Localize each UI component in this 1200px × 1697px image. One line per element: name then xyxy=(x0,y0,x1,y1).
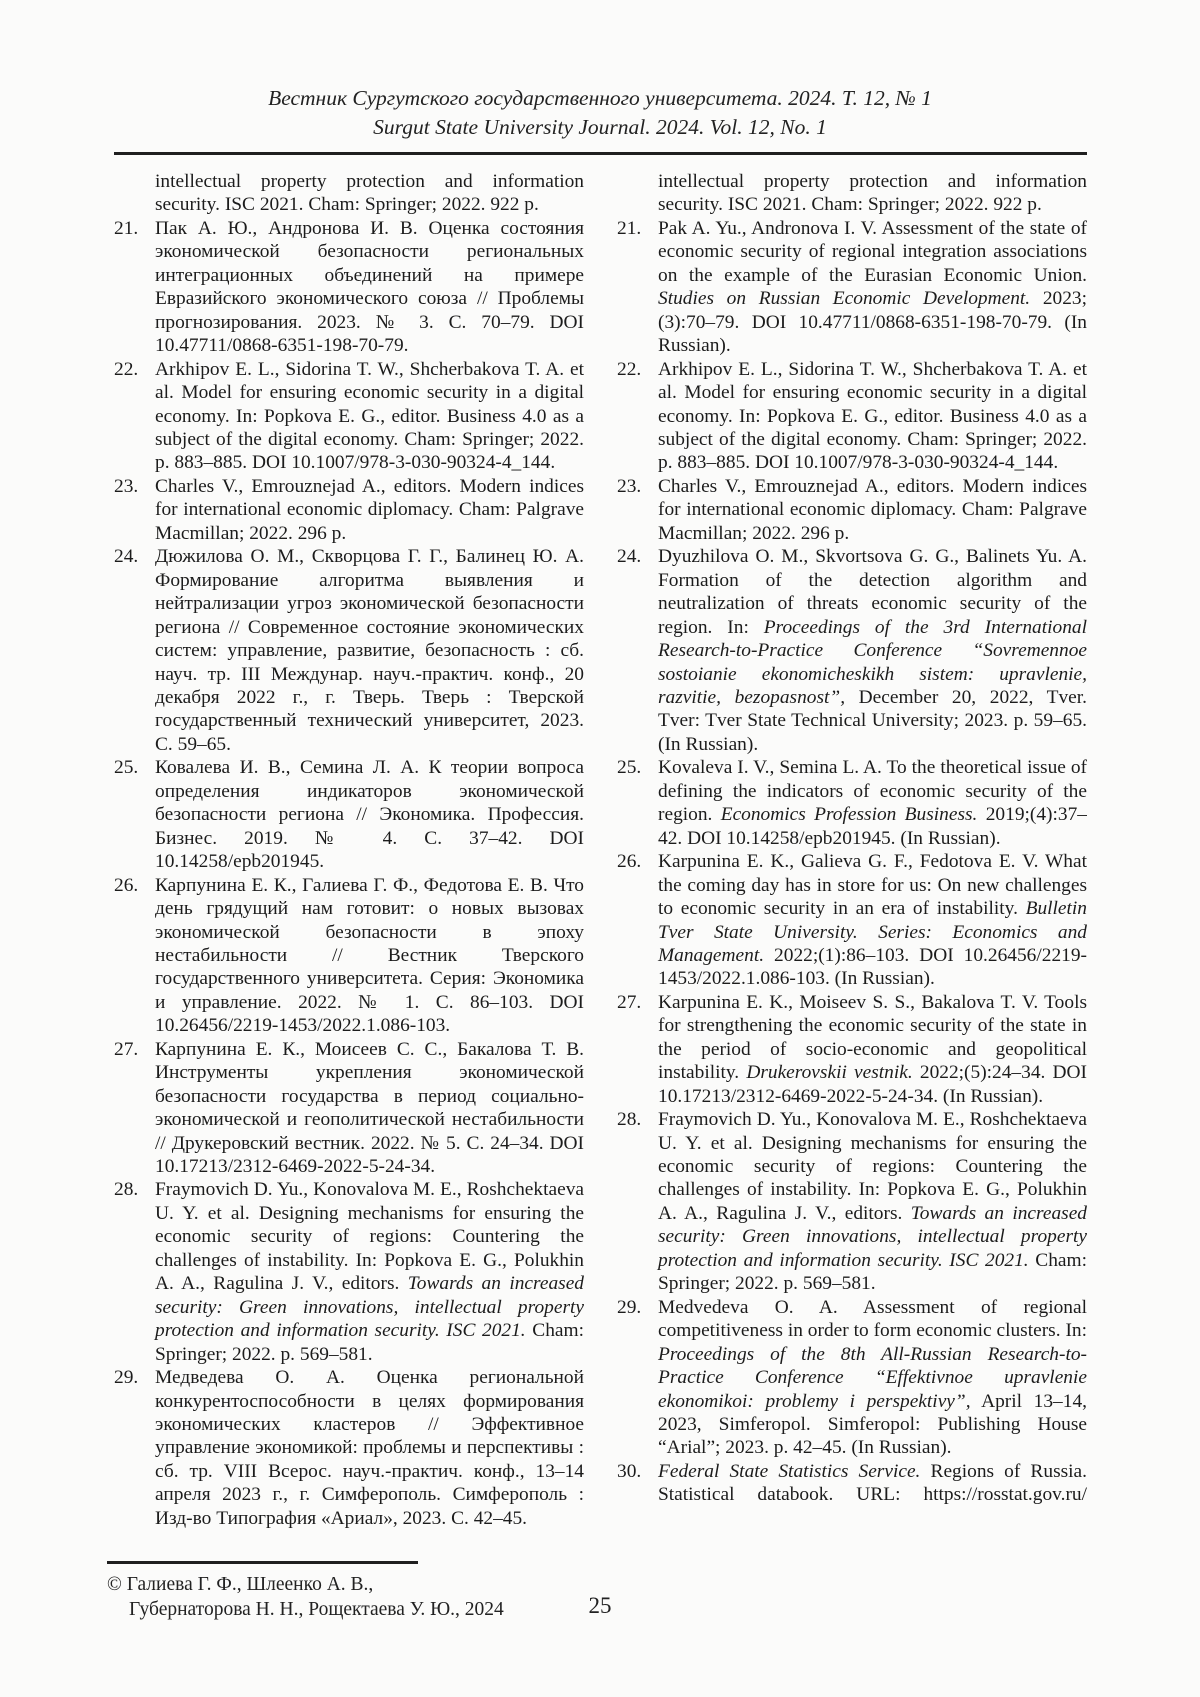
reference-item: 24.Дюжилова О. М., Скворцова Г. Г., Бали… xyxy=(114,545,584,756)
reference-text: Federal State Statistics Service. Region… xyxy=(658,1460,1087,1507)
reference-number: 22. xyxy=(617,358,658,475)
reference-text: Kovaleva I. V., Semina L. A. To the theo… xyxy=(658,756,1087,850)
reference-text: Arkhipov E. L., Sidorina T. W., Shcherba… xyxy=(658,358,1087,475)
reference-item: 23.Charles V., Emrouznejad A., editors. … xyxy=(114,475,584,545)
references-column-left: intellectual property protection and inf… xyxy=(114,170,584,1532)
footnote-rule xyxy=(107,1561,418,1564)
reference-item: 21.Пак А. Ю., Андронова И. В. Оценка сос… xyxy=(114,217,584,358)
reference-number: 26. xyxy=(617,850,658,991)
reference-text-segment: Дюжилова О. М., Скворцова Г. Г., Балинец… xyxy=(155,546,584,755)
reference-number: 24. xyxy=(114,545,155,756)
reference-text-segment: Pak A. Yu., Andronova I. V. Assessment o… xyxy=(658,218,1087,286)
reference-text: Pak A. Yu., Andronova I. V. Assessment o… xyxy=(658,217,1087,358)
reference-text: Arkhipov E. L., Sidorina T. W., Shcherba… xyxy=(155,358,584,475)
reference-text-segment: Регионы России. Социально-экономические … xyxy=(155,1531,584,1532)
reference-text-segment: Ковалева И. В., Семина Л. А. К теории во… xyxy=(155,757,584,872)
reference-source-italic: Economics Profession Business. xyxy=(721,804,978,825)
reference-item: 26.Карпунина Е. К., Галиева Г. Ф., Федот… xyxy=(114,874,584,1038)
page-number: 25 xyxy=(0,1593,1200,1619)
reference-number xyxy=(617,170,658,217)
reference-number: 30. xyxy=(114,1530,155,1532)
reference-text-segment: Медведева О. А. Оценка региональной конк… xyxy=(155,1367,584,1529)
reference-item: 29.Медведева О. А. Оценка региональной к… xyxy=(114,1366,584,1530)
reference-number: 30. xyxy=(617,1460,658,1507)
reference-number: 23. xyxy=(114,475,155,545)
reference-text: Карпунина Е. К., Галиева Г. Ф., Федотова… xyxy=(155,874,584,1038)
reference-number: 28. xyxy=(617,1108,658,1296)
reference-item: 30.Federal State Statistics Service. Reg… xyxy=(617,1460,1087,1507)
reference-text: Dyuzhilova O. M., Skvortsova G. G., Bali… xyxy=(658,545,1087,756)
reference-item: 23.Charles V., Emrouznejad A., editors. … xyxy=(617,475,1087,545)
reference-number: 21. xyxy=(617,217,658,358)
reference-item: 28.Fraymovich D. Yu., Konovalova M. E., … xyxy=(114,1178,584,1366)
reference-text-segment: Карпунина Е. К., Галиева Г. Ф., Федотова… xyxy=(155,875,584,1037)
reference-text-segment: Medvedeva O. A. Assessment of regional c… xyxy=(658,1297,1087,1341)
reference-text: Ковалева И. В., Семина Л. А. К теории во… xyxy=(155,756,584,873)
reference-text-segment: Karpunina E. K., Galieva G. F., Fedotova… xyxy=(658,851,1087,919)
reference-number: 29. xyxy=(114,1366,155,1530)
references-section: intellectual property protection and inf… xyxy=(114,170,1087,1532)
reference-text-segment: intellectual property protection and inf… xyxy=(658,171,1087,215)
reference-text: Fraymovich D. Yu., Konovalova M. E., Ros… xyxy=(155,1178,584,1366)
reference-number: 27. xyxy=(617,991,658,1108)
reference-number: 21. xyxy=(114,217,155,358)
reference-source-italic: Studies on Russian Economic Development. xyxy=(658,288,1030,309)
reference-text: Charles V., Emrouznejad A., editors. Mod… xyxy=(155,475,584,545)
references-column-right: intellectual property protection and inf… xyxy=(617,170,1087,1532)
reference-item: 28.Fraymovich D. Yu., Konovalova M. E., … xyxy=(617,1108,1087,1296)
reference-text: Karpunina E. K., Moiseev S. S., Bakalova… xyxy=(658,991,1087,1108)
reference-number: 29. xyxy=(617,1296,658,1460)
reference-text: Регионы России. Социально-экономические … xyxy=(155,1530,584,1532)
reference-text: intellectual property protection and inf… xyxy=(155,170,584,217)
reference-number xyxy=(114,170,155,217)
reference-item: 26.Karpunina E. K., Galieva G. F., Fedot… xyxy=(617,850,1087,991)
reference-item: 21.Pak A. Yu., Andronova I. V. Assessmen… xyxy=(617,217,1087,358)
reference-text: Karpunina E. K., Galieva G. F., Fedotova… xyxy=(658,850,1087,991)
reference-number: 25. xyxy=(617,756,658,850)
reference-number: 26. xyxy=(114,874,155,1038)
reference-text-segment: Arkhipov E. L., Sidorina T. W., Shcherba… xyxy=(658,359,1087,474)
reference-number: 23. xyxy=(617,475,658,545)
reference-item: 30.Регионы России. Социально-экономическ… xyxy=(114,1530,584,1532)
reference-number: 28. xyxy=(114,1178,155,1366)
reference-number: 27. xyxy=(114,1038,155,1179)
reference-text-segment: intellectual property protection and inf… xyxy=(155,171,584,215)
reference-item: 22.Arkhipov E. L., Sidorina T. W., Shche… xyxy=(114,358,584,475)
reference-text: Charles V., Emrouznejad A., editors. Mod… xyxy=(658,475,1087,545)
reference-number: 25. xyxy=(114,756,155,873)
reference-text: Fraymovich D. Yu., Konovalova M. E., Ros… xyxy=(658,1108,1087,1296)
reference-item: 24.Dyuzhilova O. M., Skvortsova G. G., B… xyxy=(617,545,1087,756)
reference-text: Медведева О. А. Оценка региональной конк… xyxy=(155,1366,584,1530)
header-rule xyxy=(114,152,1087,155)
reference-text-segment: Charles V., Emrouznejad A., editors. Mod… xyxy=(658,476,1087,544)
reference-item: 22.Arkhipov E. L., Sidorina T. W., Shche… xyxy=(617,358,1087,475)
reference-item: 25.Ковалева И. В., Семина Л. А. К теории… xyxy=(114,756,584,873)
reference-text: Пак А. Ю., Андронова И. В. Оценка состоя… xyxy=(155,217,584,358)
reference-source-italic: Federal State Statistics Service. xyxy=(658,1461,920,1482)
reference-number: 24. xyxy=(617,545,658,756)
reference-item: 27.Карпунина Е. К., Моисеев С. С., Бакал… xyxy=(114,1038,584,1179)
reference-text-segment: Пак А. Ю., Андронова И. В. Оценка состоя… xyxy=(155,218,584,356)
reference-number: 22. xyxy=(114,358,155,475)
reference-item: 27.Karpunina E. K., Moiseev S. S., Bakal… xyxy=(617,991,1087,1108)
reference-item: 29.Medvedeva O. A. Assessment of regiona… xyxy=(617,1296,1087,1460)
reference-item: 25.Kovaleva I. V., Semina L. A. To the t… xyxy=(617,756,1087,850)
journal-title-ru: Вестник Сургутского государственного уни… xyxy=(0,84,1200,113)
reference-item: intellectual property protection and inf… xyxy=(114,170,584,217)
reference-text: Дюжилова О. М., Скворцова Г. Г., Балинец… xyxy=(155,545,584,756)
journal-page: Вестник Сургутского государственного уни… xyxy=(0,0,1200,1697)
reference-text: intellectual property protection and inf… xyxy=(658,170,1087,217)
reference-item: intellectual property protection and inf… xyxy=(617,170,1087,217)
journal-title-en: Surgut State University Journal. 2024. V… xyxy=(0,113,1200,142)
running-head: Вестник Сургутского государственного уни… xyxy=(0,84,1200,142)
reference-text: Medvedeva O. A. Assessment of regional c… xyxy=(658,1296,1087,1460)
reference-source-italic: Drukerovskii vestnik. xyxy=(746,1062,912,1083)
reference-text-segment: Charles V., Emrouznejad A., editors. Mod… xyxy=(155,476,584,544)
reference-text-segment: Карпунина Е. К., Моисеев С. С., Бакалова… xyxy=(155,1039,584,1177)
reference-text-segment: Arkhipov E. L., Sidorina T. W., Shcherba… xyxy=(155,359,584,474)
reference-text: Карпунина Е. К., Моисеев С. С., Бакалова… xyxy=(155,1038,584,1179)
